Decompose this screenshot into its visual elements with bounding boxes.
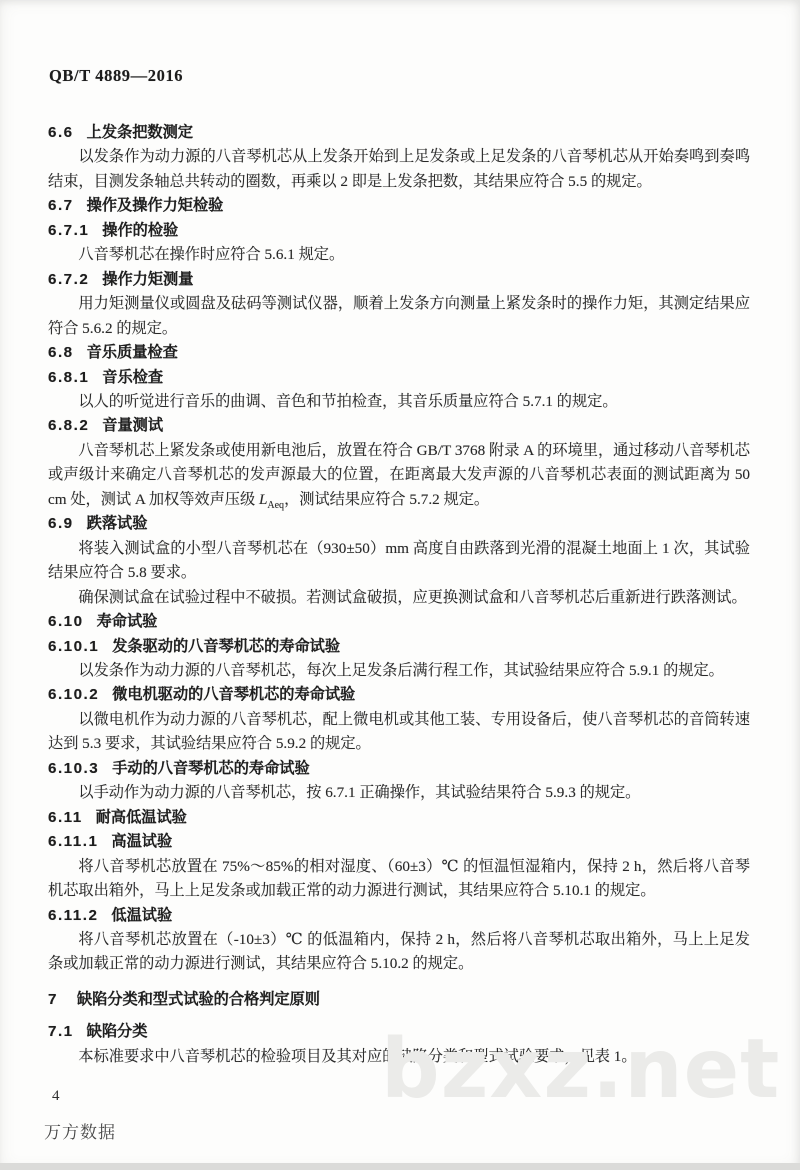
heading-6-11-2: 6.11.2低温试验 [48, 904, 750, 928]
paragraph: 以发条作为动力源的八音琴机芯，每次上足发条后满行程工作，其试验结果应符合 5.9… [48, 659, 750, 683]
heading-6-7-2: 6.7.2操作力矩测量 [48, 268, 750, 292]
section-title: 手动的八音琴机芯的寿命试验 [112, 760, 309, 777]
section-title: 高温试验 [111, 833, 172, 850]
section-title: 操作及操作力矩检验 [87, 197, 224, 214]
section-title: 操作力矩测量 [102, 271, 193, 288]
section-number: 6.8.2 [48, 417, 89, 434]
chapter-number: 7 [48, 991, 58, 1008]
section-number: 6.11.1 [48, 833, 98, 850]
heading-6-8-2: 6.8.2音量测试 [48, 414, 750, 438]
heading-6-10-2: 6.10.2微电机驱动的八音琴机芯的寿命试验 [48, 683, 750, 707]
section-title: 操作的检验 [102, 222, 178, 239]
paragraph-with-symbol: 八音琴机芯上紧发条或使用新电池后，放置在符合 GB/T 3768 附录 A 的环… [48, 439, 750, 512]
section-number: 6.7 [48, 197, 74, 214]
paragraph: 确保测试盒在试验过程中不破损。若测试盒破损，应更换测试盒和八音琴机芯后重新进行跌… [48, 586, 750, 610]
section-title: 音乐检查 [102, 369, 163, 386]
section-number: 6.7.1 [48, 222, 89, 239]
symbol-subscript-Aeq: Aeq [267, 500, 284, 511]
section-title: 跌落试验 [87, 515, 148, 532]
heading-6-11-1: 6.11.1高温试验 [48, 830, 750, 854]
chapter-title: 缺陷分类和型式试验的合格判定原则 [77, 991, 320, 1008]
heading-6-11: 6.11耐高低温试验 [48, 806, 750, 830]
heading-6-9: 6.9跌落试验 [48, 512, 750, 536]
section-title: 低温试验 [111, 907, 172, 924]
heading-6-7: 6.7操作及操作力矩检验 [48, 194, 750, 218]
paragraph: 以微电机作为动力源的八音琴机芯，配上微电机或其他工装、专用设备后，使八音琴机芯的… [48, 708, 750, 757]
section-title: 微电机驱动的八音琴机芯的寿命试验 [112, 686, 355, 703]
section-number: 6.10.1 [48, 638, 99, 655]
heading-6-10: 6.10寿命试验 [48, 610, 750, 634]
heading-6-10-1: 6.10.1发条驱动的八音琴机芯的寿命试验 [48, 635, 750, 659]
section-title: 寿命试验 [97, 613, 158, 630]
section-number: 6.6 [48, 124, 74, 141]
section-title: 音乐质量检查 [87, 344, 178, 361]
footer-brand-wanfang: 万方数据 [44, 1118, 116, 1143]
section-number: 6.9 [48, 515, 74, 532]
watermark-bzxz-net: bzxz.net [381, 1022, 780, 1117]
section-title: 上发条把数测定 [87, 124, 193, 141]
heading-6-6: 6.6上发条把数测定 [48, 121, 750, 145]
paragraph: 八音琴机芯在操作时应符合 5.6.1 规定。 [48, 243, 750, 267]
section-title: 发条驱动的八音琴机芯的寿命试验 [112, 638, 340, 655]
paragraph: 将装入测试盒的小型八音琴机芯在（930±50）mm 高度自由跌落到光滑的混凝土地… [48, 537, 750, 586]
section-number: 6.10.3 [48, 760, 99, 777]
heading-6-8: 6.8音乐质量检查 [48, 341, 750, 365]
paragraph: 将八音琴机芯放置在 75%～85%的相对湿度、（60±3）℃ 的恒温恒湿箱内，保… [48, 855, 750, 904]
heading-6-10-3: 6.10.3手动的八音琴机芯的寿命试验 [48, 757, 750, 781]
section-number: 6.11.2 [48, 907, 98, 924]
paragraph: 以人的听觉进行音乐的曲调、音色和节拍检查，其音乐质量应符合 5.7.1 的规定。 [48, 390, 750, 414]
paragraph: 以手动作为动力源的八音琴机芯，按 6.7.1 正确操作，其试验结果符合 5.9.… [48, 781, 750, 805]
heading-6-7-1: 6.7.1操作的检验 [48, 219, 750, 243]
scan-edge-strip [0, 1163, 800, 1170]
section-number: 6.10.2 [48, 686, 99, 703]
section-title: 耐高低温试验 [96, 809, 187, 826]
section-number: 6.7.2 [48, 271, 89, 288]
standard-number-header: QB/T 4889—2016 [49, 66, 183, 86]
heading-6-8-1: 6.8.1音乐检查 [48, 366, 750, 390]
section-number: 6.10 [48, 613, 84, 630]
section-number: 6.8.1 [48, 369, 89, 386]
paragraph: 将八音琴机芯放置在（-10±3）℃ 的低温箱内，保持 2 h，然后将八音琴机芯取… [48, 928, 750, 977]
paragraph: 用力矩测量仪或圆盘及砝码等测试仪器，顺着上发条方向测量上紧发条时的操作力矩，其测… [48, 292, 750, 341]
section-title: 音量测试 [102, 417, 163, 434]
heading-7: 7缺陷分类和型式试验的合格判定原则 [48, 988, 750, 1012]
document-page: QB/T 4889—2016 6.6上发条把数测定 以发条作为动力源的八音琴机芯… [0, 0, 800, 1170]
section-title: 缺陷分类 [87, 1023, 148, 1040]
paragraph-text: ，测试结果应符合 5.7.2 规定。 [284, 491, 489, 508]
section-number: 7.1 [48, 1023, 74, 1040]
paragraph: 以发条作为动力源的八音琴机芯从上发条开始到上足发条或上足发条的八音琴机芯从开始奏… [48, 145, 750, 194]
page-number: 4 [52, 1088, 60, 1105]
section-number: 6.11 [48, 809, 83, 826]
document-body: 6.6上发条把数测定 以发条作为动力源的八音琴机芯从上发条开始到上足发条或上足发… [48, 121, 750, 1069]
section-number: 6.8 [48, 344, 74, 361]
